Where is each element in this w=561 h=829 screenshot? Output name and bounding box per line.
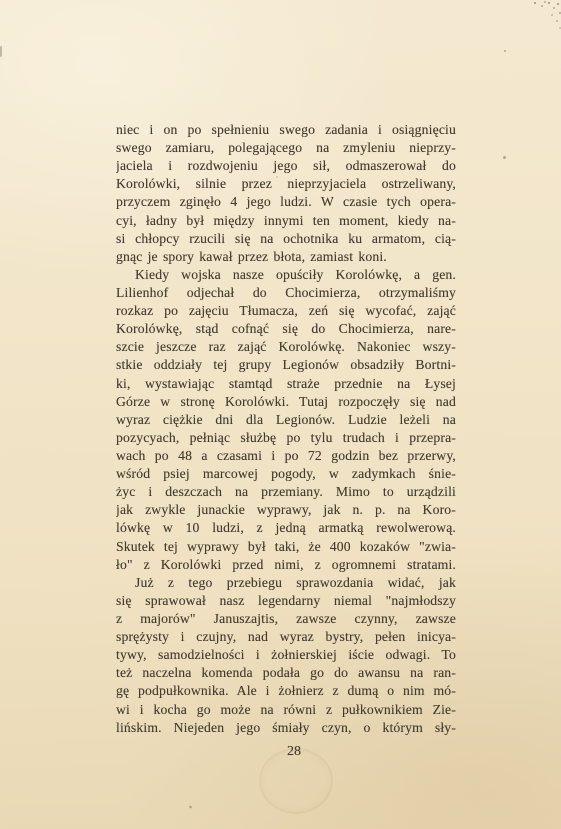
text-line: ki, wystawiając stamtąd straże przednie …: [116, 375, 456, 393]
text-line: z majorów" Januszajtis, zawsze czynny, z…: [116, 610, 456, 628]
page-text-block: niec i on po spełnieniu swego zadania i …: [116, 121, 456, 737]
text-line: ło" z Korolówki przed nimi, z ogromnemi …: [116, 556, 456, 574]
text-line: wach po 48 a czasami i po 72 godzin bez …: [116, 447, 456, 465]
text-line: lówkę w 10 ludzi, z jedną armatką rewolw…: [116, 519, 456, 537]
text-line: Kiedy wojska nasze opuściły Korolówkę, a…: [116, 266, 456, 284]
text-line: pozycyach, pełniąc służbę po tylu trudac…: [116, 429, 456, 447]
text-line: Korolówki, silnie przez nieprzyjaciela o…: [116, 175, 456, 193]
text-line: Już z tego przebiegu sprawozdania widać,…: [116, 574, 456, 592]
text-line: wśród psiej marcowej pogody, w zadymkach…: [116, 465, 456, 483]
text-line: Górze w stronę Korolówki. Tutaj rozpoczę…: [116, 393, 456, 411]
text-line: tywy, samodzielności i żołnierskiej iści…: [116, 646, 456, 664]
faint-stamp-watermark: [259, 748, 333, 814]
scan-edge-smudge: [0, 46, 2, 57]
text-line: też naczelna komenda podała go do awansu…: [116, 664, 456, 682]
text-line: sprężysty i czujny, nad wyraz bystry, pe…: [116, 628, 456, 646]
text-line: gę podpułkownika. Ale i żołnierz z dumą …: [116, 682, 456, 700]
text-line: swego zamiaru, polegającego na zmyleniu …: [116, 139, 456, 157]
text-line: jaciela i rozdwojeniu jego sił, odmaszer…: [116, 157, 456, 175]
text-line: jak zwykle junackie wyprawy, jak n. p. n…: [116, 501, 456, 519]
text-line: rozkaz po zajęciu Tłumacza, zeń się wyco…: [116, 302, 456, 320]
text-line: wi i kocha go może na równi z pułkowniki…: [116, 701, 456, 719]
scan-speck: [189, 805, 193, 808]
text-line: Lilienhof odjechał do Chocimierza, otrzy…: [116, 284, 456, 302]
paragraph: niec i on po spełnieniu swego zadania i …: [116, 121, 456, 266]
scan-noise-speckles: [0, 0, 2, 2]
text-line: przyczem zginęło 4 jego ludzi. W czasie …: [116, 193, 456, 211]
text-line: się sprawował nasz legendarny niemal "na…: [116, 592, 456, 610]
text-line: stkie oddziały tej grupy Legionów obsadz…: [116, 356, 456, 374]
text-line: wyraz ciężkie dni dla Legionów. Ludzie l…: [116, 411, 456, 429]
scan-speck: [276, 176, 278, 178]
paragraph: Już z tego przebiegu sprawozdania widać,…: [116, 574, 456, 737]
text-line: życ i deszczach na przemiany. Mimo to ur…: [116, 483, 456, 501]
text-line: Korolówkę, stąd cofnąć się do Chocimierz…: [116, 320, 456, 338]
text-line: cyi, ładny był między innymi ten moment,…: [116, 212, 456, 230]
text-line: szcie jeszcze raz zająć Korolówkę. Nakon…: [116, 338, 456, 356]
text-line: niec i on po spełnieniu swego zadania i …: [116, 121, 456, 139]
text-line: si chłopcy rzucili się na ochotnika ku a…: [116, 230, 456, 248]
text-line: Skutek tej wyprawy był taki, że 400 koza…: [116, 538, 456, 556]
scan-speck: [504, 50, 506, 52]
scanned-book-page: niec i on po spełnieniu swego zadania i …: [0, 0, 561, 829]
scan-speck: [503, 156, 506, 159]
text-line: gnąc je spory kawał przez błota, zamiast…: [116, 248, 456, 266]
text-line: lińskim. Niejeden jego śmiały czyn, o kt…: [116, 719, 456, 737]
paragraph: Kiedy wojska nasze opuściły Korolówkę, a…: [116, 266, 456, 574]
